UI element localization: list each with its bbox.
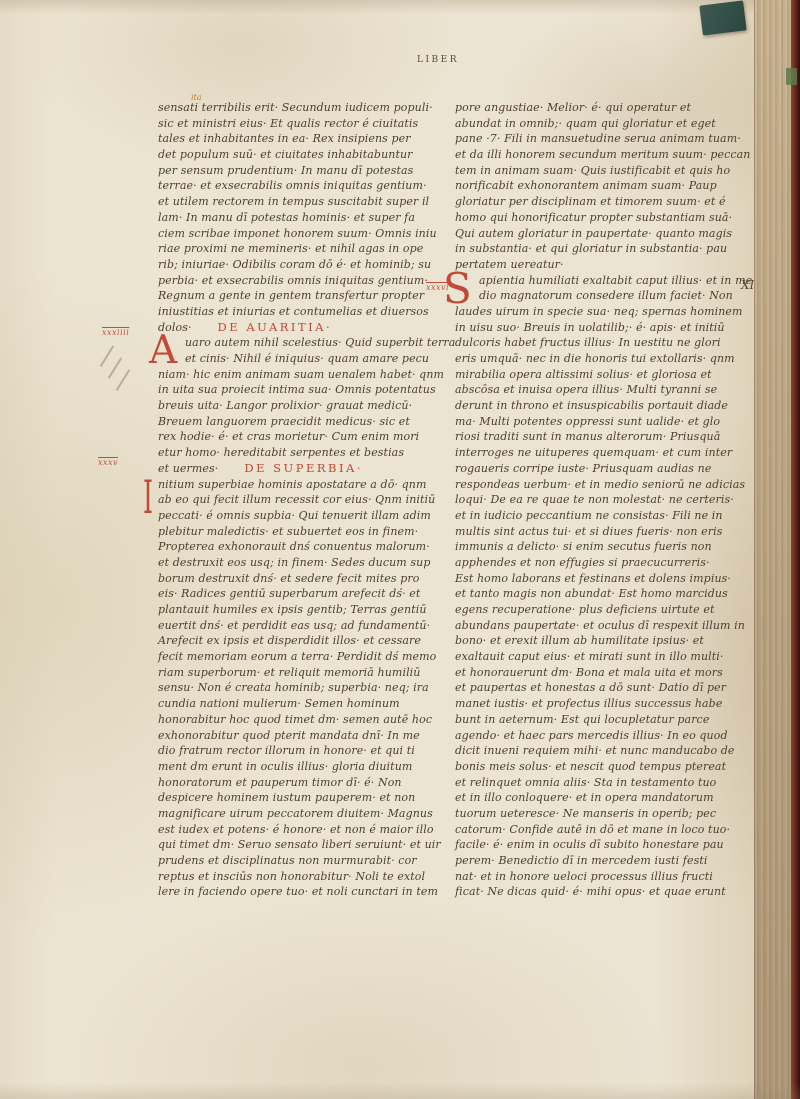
manuscript-line: borum destruxit dnś· et sedere fecit mit… [158, 571, 452, 587]
manuscript-line: manet iustis· et profectus illius succes… [455, 696, 749, 712]
manuscript-line: lam· In manu dī potestas hominis· et sup… [158, 210, 452, 226]
manuscript-line: plantauit humiles ex ipsis gentib; Terra… [158, 602, 452, 618]
manuscript-line: nat· et in honore ueloci processus illiu… [455, 869, 749, 885]
manuscript-page: LIBER ita xxxiiii xxxv xxxvi XI A I sens… [0, 0, 800, 1099]
manuscript-line: Breuem languorem praecidit medicus· sic … [158, 414, 452, 430]
manuscript-line: respondeas uerbum· et in medio seniorū n… [455, 477, 749, 493]
manuscript-line: et da illi honorem secundum meritum suum… [455, 147, 749, 163]
manuscript-line: nitium superbiae hominis apostatare a dō… [158, 477, 452, 493]
manuscript-line: Arefecit ex ipsis et disperdidit illos· … [158, 633, 452, 649]
manuscript-line: niam· hic enim animam suam uenalem habet… [158, 367, 452, 383]
manuscript-line: tem in animam suam· Quis iustificabit et… [455, 163, 749, 179]
manuscript-line: agendo· et haec pars mercedis illius· In… [455, 728, 749, 744]
manuscript-line: mirabilia opera altissimi solius· et glo… [455, 367, 749, 383]
decorated-initial-s: S [443, 268, 472, 310]
manuscript-line: pertatem uereatur· [455, 257, 749, 273]
manuscript-line: abundans paupertate· et oculus dī respex… [455, 618, 749, 634]
book-page-edges [754, 0, 791, 1099]
manuscript-line: et paupertas et honestas a dō sunt· Dati… [455, 680, 749, 696]
manuscript-line: et tanto magis non abundat· Est homo mar… [455, 586, 749, 602]
manuscript-line: abscōsa et inuisa opera illius· Multi ty… [455, 382, 749, 398]
manuscript-line: Propterea exhonorauit dnś conuentus malo… [158, 539, 452, 555]
manuscript-line: et destruxit eos usq; in finem· Sedes du… [158, 555, 452, 571]
manuscript-line: derunt in throno et insuspicabilis porta… [455, 398, 749, 414]
manuscript-line: honoratorum et pauperum timor dī· é· Non [158, 775, 452, 791]
decorated-initial-i: I [143, 474, 153, 520]
manuscript-line: et relinquet omnia aliis· Sta in testame… [455, 775, 749, 791]
running-title: LIBER [417, 55, 459, 65]
manuscript-line: dolos·DE AUARITIA· [158, 320, 452, 336]
manuscript-line: abundat in omnib;· quam qui gloriatur et… [455, 116, 749, 132]
manuscript-line: per sensum prudentium· In manu dī potest… [158, 163, 452, 179]
manuscript-line: plebitur maledictis· et subuertet eos in… [158, 524, 452, 540]
margin-chapter-number-34: xxxiiii [102, 328, 129, 337]
manuscript-line: dicit inueni requiem mihi· et nunc mandu… [455, 743, 749, 759]
manuscript-line: et honorauerunt dm· Bona et mala uita et… [455, 665, 749, 681]
manuscript-line: etur homo· hereditabit serpentes et best… [158, 445, 452, 461]
book-cover-edge [791, 0, 800, 1099]
manuscript-line: laudes uirum in specie sua· neq; spernas… [455, 304, 749, 320]
manuscript-line: egens recuperatione· plus deficiens uirt… [455, 602, 749, 618]
manuscript-line: sensu· Non é creata hominib; superbia· n… [158, 680, 452, 696]
manuscript-line: et uermes·DE SUPERBIA· [158, 461, 452, 477]
manuscript-line: perbia· et exsecrabilis omnis iniquitas … [158, 273, 452, 289]
manuscript-line: cundia nationi mulierum· Semen hominum [158, 696, 452, 712]
manuscript-line: in uisu suo· Breuis in uolatilib;· é· ap… [455, 320, 749, 336]
manuscript-line: sic et ministri eius· Et qualis rector é… [158, 116, 452, 132]
manuscript-line: facile· é· enim in oculis dī subito hone… [455, 837, 749, 853]
manuscript-line: in uita sua proiecit intima sua· Omnis p… [158, 382, 452, 398]
manuscript-line: rib; iniuriae· Odibilis coram dō é· et h… [158, 257, 452, 273]
manuscript-line: apphendes et non effugies si praecucurre… [455, 555, 749, 571]
manuscript-line: norificabit exhonorantem animam suam· Pa… [455, 178, 749, 194]
manuscript-line: rogaueris corripe iuste· Priusquam audia… [455, 461, 749, 477]
manuscript-line: dio magnatorum consedere illum faciet· N… [455, 288, 749, 304]
manuscript-line: riam superborum· et reliquit memoriā hum… [158, 665, 452, 681]
manuscript-line: pane ·7· Fili in mansuetudine serua anim… [455, 131, 749, 147]
manuscript-line: pore angustiae· Melior· é· qui operatur … [455, 100, 749, 116]
manuscript-line: loqui· De ea re quae te non molestat· ne… [455, 492, 749, 508]
chapter-rubric: DE AUARITIA· [218, 320, 333, 336]
manuscript-line: eis· Radices gentiū superbarum arefecit … [158, 586, 452, 602]
edge-mark [786, 68, 797, 85]
manuscript-line: sensati terribilis erit· Secundum iudice… [158, 100, 452, 116]
manuscript-line: riae proximi ne memineris· et nihil agas… [158, 241, 452, 257]
manuscript-line: peccati· é omnis supbia· Qui tenuerit il… [158, 508, 452, 524]
manuscript-line: bonis meis solus· et nescit quod tempus … [455, 759, 749, 775]
binding-corner-patch [699, 0, 746, 35]
manuscript-line: dulcoris habet fructus illius· In uestit… [455, 335, 749, 351]
manuscript-line: exhonorabitur quod pterit mandata dnī· I… [158, 728, 452, 744]
manuscript-line: et utilem rectorem in tempus suscitabit … [158, 194, 452, 210]
manuscript-line: magnificare uirum peccatorem diuitem· Ma… [158, 806, 452, 822]
text-column-right: S pore angustiae· Melior· é· qui operatu… [455, 100, 749, 900]
manuscript-line: ment dm erunt in oculis illius· gloria d… [158, 759, 452, 775]
manuscript-line: exaltauit caput eius· et mirati sunt in … [455, 649, 749, 665]
text-column-left: A I sensati terribilis erit· Secundum iu… [158, 100, 452, 900]
manuscript-line: prudens et disciplinatus non murmurabit·… [158, 853, 452, 869]
manuscript-line: euertit dnś· et perdidit eas usq; ad fun… [158, 618, 452, 634]
line-text: et uermes· [158, 462, 218, 475]
manuscript-line: fecit memoriam eorum a terra· Perdidit d… [158, 649, 452, 665]
manuscript-line: est iudex et potens· é honore· et non é … [158, 822, 452, 838]
manuscript-line: Regnum a gente in gentem transfertur pro… [158, 288, 452, 304]
manuscript-line: tuorum ueteresce· Ne manseris in operib;… [455, 806, 749, 822]
manuscript-line: immunis a delicto· si enim secutus fueri… [455, 539, 749, 555]
manuscript-line: uaro autem nihil scelestius· Quid superb… [158, 335, 452, 351]
manuscript-line: ab eo qui fecit illum recessit cor eius·… [158, 492, 452, 508]
manuscript-line: interroges ne uituperes quemquam· et cum… [455, 445, 749, 461]
manuscript-line: Qui autem gloriatur in paupertate· quant… [455, 226, 749, 242]
manuscript-line: bunt in aeternum· Est qui locupletatur p… [455, 712, 749, 728]
manuscript-line: et in iudicio peccantium ne consistas· F… [455, 508, 749, 524]
manuscript-line: bono· et erexit illum ab humilitate ipsi… [455, 633, 749, 649]
manuscript-line: terrae· et exsecrabilis omnis iniquitas … [158, 178, 452, 194]
manuscript-line: det populum suū· et ciuitates inhabitabu… [158, 147, 452, 163]
margin-chapter-number-35: xxxv [98, 458, 118, 467]
manuscript-line: tales et inhabitantes in ea· Rex insipie… [158, 131, 452, 147]
decorated-initial-a: A [149, 331, 177, 370]
manuscript-line: multis sint actus tui· et si diues fueri… [455, 524, 749, 540]
manuscript-line: et in illo conloquere· et in opera manda… [455, 790, 749, 806]
manuscript-line: reptus et insciūs non honorabitur· Noli … [158, 869, 452, 885]
manuscript-line: iniustitias et iniurias et contumelias e… [158, 304, 452, 320]
pencil-marks [100, 344, 140, 396]
manuscript-line: catorum· Confide autē in dō et mane in l… [455, 822, 749, 838]
chapter-rubric: DE SUPERBIA· [244, 461, 363, 477]
manuscript-line: apientia humiliati exaltabit caput illiu… [455, 273, 749, 289]
manuscript-line: qui timet dm· Seruo sensato liberi serui… [158, 837, 452, 853]
manuscript-line: dio fratrum rector illorum in honore· et… [158, 743, 452, 759]
manuscript-line: gloriatur per disciplinam et timorem suu… [455, 194, 749, 210]
manuscript-line: despicere hominem iustum pauperem· et no… [158, 790, 452, 806]
manuscript-line: breuis uita· Langor prolixior· grauat me… [158, 398, 452, 414]
manuscript-line: ciem scribae imponet honorem suum· Omnis… [158, 226, 452, 242]
manuscript-line: riosi traditi sunt in manus alterorum· P… [455, 429, 749, 445]
manuscript-line: eris umquā· nec in die honoris tui extol… [455, 351, 749, 367]
manuscript-line: in substantia· et qui gloriatur in subst… [455, 241, 749, 257]
manuscript-line: perem· Benedictio dī in mercedem iusti f… [455, 853, 749, 869]
manuscript-line: ma· Multi potentes oppressi sunt ualide·… [455, 414, 749, 430]
manuscript-line: rex hodie· é· et cras morietur· Cum enim… [158, 429, 452, 445]
manuscript-line: Est homo laborans et festinans et dolens… [455, 571, 749, 587]
manuscript-line: et cinis· Nihil é iniquius· quam amare p… [158, 351, 452, 367]
manuscript-line: honorabitur hoc quod timet dm· semen aut… [158, 712, 452, 728]
manuscript-line: lere in faciendo opere tuo· et noli cunc… [158, 884, 452, 900]
manuscript-line: homo qui honorificatur propter substanti… [455, 210, 749, 226]
manuscript-line: ficat· Ne dicas quid· é· mihi opus· et q… [455, 884, 749, 900]
